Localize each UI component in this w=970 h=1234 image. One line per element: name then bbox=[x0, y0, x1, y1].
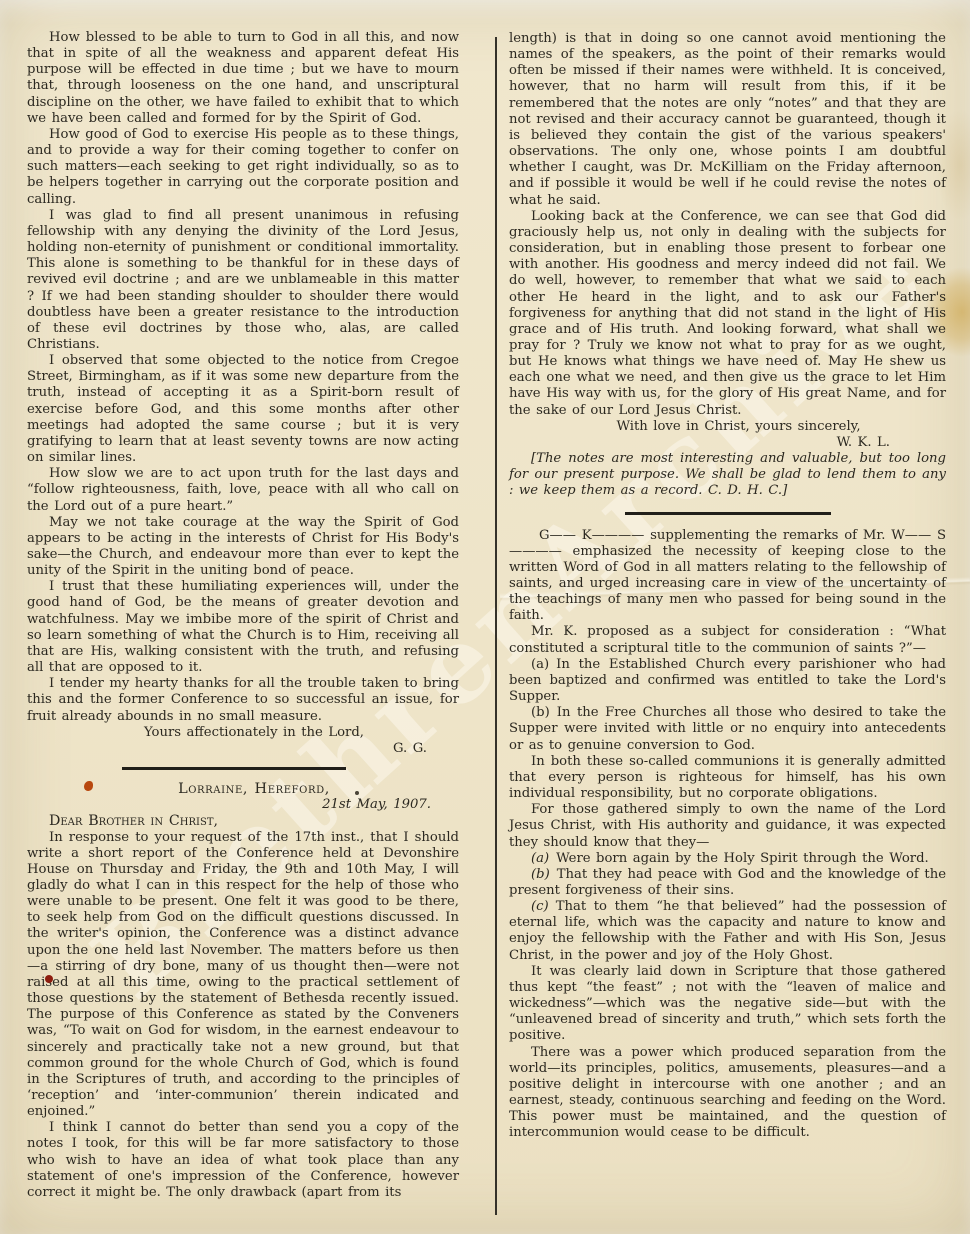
list-item: (a)In the Established Church every paris… bbox=[509, 657, 946, 705]
list-item: (a)Were born again by the Holy Spirit th… bbox=[509, 851, 946, 867]
list-text: In the Established Church every parishio… bbox=[509, 657, 946, 704]
list-text: Were born again by the Holy Spirit throu… bbox=[556, 851, 929, 866]
list-item: (b)In the Free Churches all those who de… bbox=[509, 705, 946, 753]
list-marker: (a) bbox=[531, 851, 556, 866]
paragraph: How good of God to exercise His people a… bbox=[27, 127, 459, 208]
paragraph: It was clearly laid down in Scripture th… bbox=[509, 964, 946, 1045]
paragraph: For those gathered simply to own the nam… bbox=[509, 802, 946, 850]
paragraph: How slow we are to act upon truth for th… bbox=[27, 466, 459, 514]
letter-date: 21st May, 1907. bbox=[27, 797, 459, 813]
signoff-line: Yours affectionately in the Lord, bbox=[27, 725, 459, 741]
section-divider-rule bbox=[122, 767, 346, 770]
column-divider-rule bbox=[495, 37, 497, 1215]
editorial-note: [The notes are most interesting and valu… bbox=[509, 451, 946, 499]
paragraph: I trust that these humiliating experienc… bbox=[27, 579, 459, 676]
signoff-line: With love in Christ, yours sincerely, bbox=[509, 419, 946, 435]
list-text: That to them “he that believed” had the … bbox=[509, 899, 946, 962]
paragraph: I was glad to find all present unanimous… bbox=[27, 208, 459, 353]
paragraph-continuation: length) is that in doing so one cannot a… bbox=[509, 31, 946, 209]
list-text: That they had peace with God and the kno… bbox=[509, 867, 946, 898]
left-column: How blessed to be able to turn to God in… bbox=[27, 30, 459, 1201]
section-divider-rule bbox=[625, 512, 831, 515]
signature-initials: W. K. L. bbox=[509, 435, 946, 451]
paragraph: May we not take courage at the way the S… bbox=[27, 515, 459, 580]
paragraph: Mr. K. proposed as a subject for conside… bbox=[509, 624, 946, 656]
paragraph: I tender my hearty thanks for all the tr… bbox=[27, 676, 459, 724]
scanned-letter-page: BrethrenArchive How blessed to be able t… bbox=[0, 0, 970, 1234]
letter-salutation: Dear Brother in Christ, bbox=[27, 813, 459, 829]
paragraph: There was a power which produced separat… bbox=[509, 1045, 946, 1142]
paragraph: In both these so-called communions it is… bbox=[509, 754, 946, 802]
signature-initials: G. G. bbox=[27, 741, 459, 757]
ink-speck bbox=[45, 975, 53, 983]
paragraph: G—— K———— supplementing the remarks of M… bbox=[509, 528, 946, 625]
list-item: (b)That they had peace with God and the … bbox=[509, 867, 946, 899]
list-marker: (a) bbox=[531, 657, 556, 672]
list-marker: (b) bbox=[531, 705, 557, 720]
list-marker: (c) bbox=[531, 899, 556, 914]
list-text: In the Free Churches all those who desir… bbox=[509, 705, 946, 752]
paragraph: In response to your request of the 17th … bbox=[27, 830, 459, 1121]
paragraph: I observed that some objected to the not… bbox=[27, 353, 459, 466]
paragraph: How blessed to be able to turn to God in… bbox=[27, 30, 459, 127]
list-marker: (b) bbox=[531, 867, 557, 882]
right-column: length) is that in doing so one cannot a… bbox=[509, 31, 946, 1141]
ink-speck bbox=[355, 791, 359, 795]
paragraph: Looking back at the Conference, we can s… bbox=[509, 209, 946, 419]
paragraph: I think I cannot do better than send you… bbox=[27, 1120, 459, 1201]
list-item: (c)That to them “he that believed” had t… bbox=[509, 899, 946, 964]
